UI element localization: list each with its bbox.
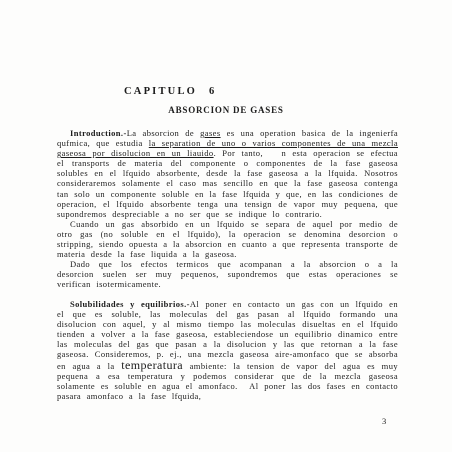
paragraph-introduction: Introduction.-La absorcion de gases es u… <box>57 128 398 219</box>
chapter-label: CAPITULO <box>124 86 197 97</box>
chapter-number: 6 <box>209 86 214 97</box>
text-segment-normal: . Por tanto, n esta operacion se efectua… <box>57 148 398 219</box>
body-text: Introduction.-La absorcion de gases es u… <box>57 128 398 401</box>
paragraph-solubilidades-y-equilibrios: Solubilidades y equilibrios.-Al poner en… <box>57 299 398 402</box>
section-title: ABSORCION DE GASES <box>0 105 452 115</box>
page-number: 3 <box>382 416 386 426</box>
text-segment-bold: Solubilidades y equilibrios.- <box>70 299 190 309</box>
chapter-heading: CAPITULO6 <box>124 86 214 97</box>
text-segment-normal: La absorcion de <box>127 128 200 138</box>
text-segment-normal: Dado que los efectos termicos que acompa… <box>57 259 398 289</box>
text-segment-normal: Cuando un gas absorbido en un lfquido se… <box>57 219 398 259</box>
paragraph-desorcion: Cuando un gas absorbido en un lfquido se… <box>57 219 398 259</box>
text-segment-bold: Introduction.- <box>70 128 127 138</box>
paragraph-efectos-termicos: Dado que los efectos termicos que acompa… <box>57 259 398 289</box>
text-segment-underline: gases <box>200 128 220 138</box>
document-page: CAPITULO6 ABSORCION DE GASES Introductio… <box>0 0 452 452</box>
text-segment-large: temperatura <box>121 358 183 372</box>
